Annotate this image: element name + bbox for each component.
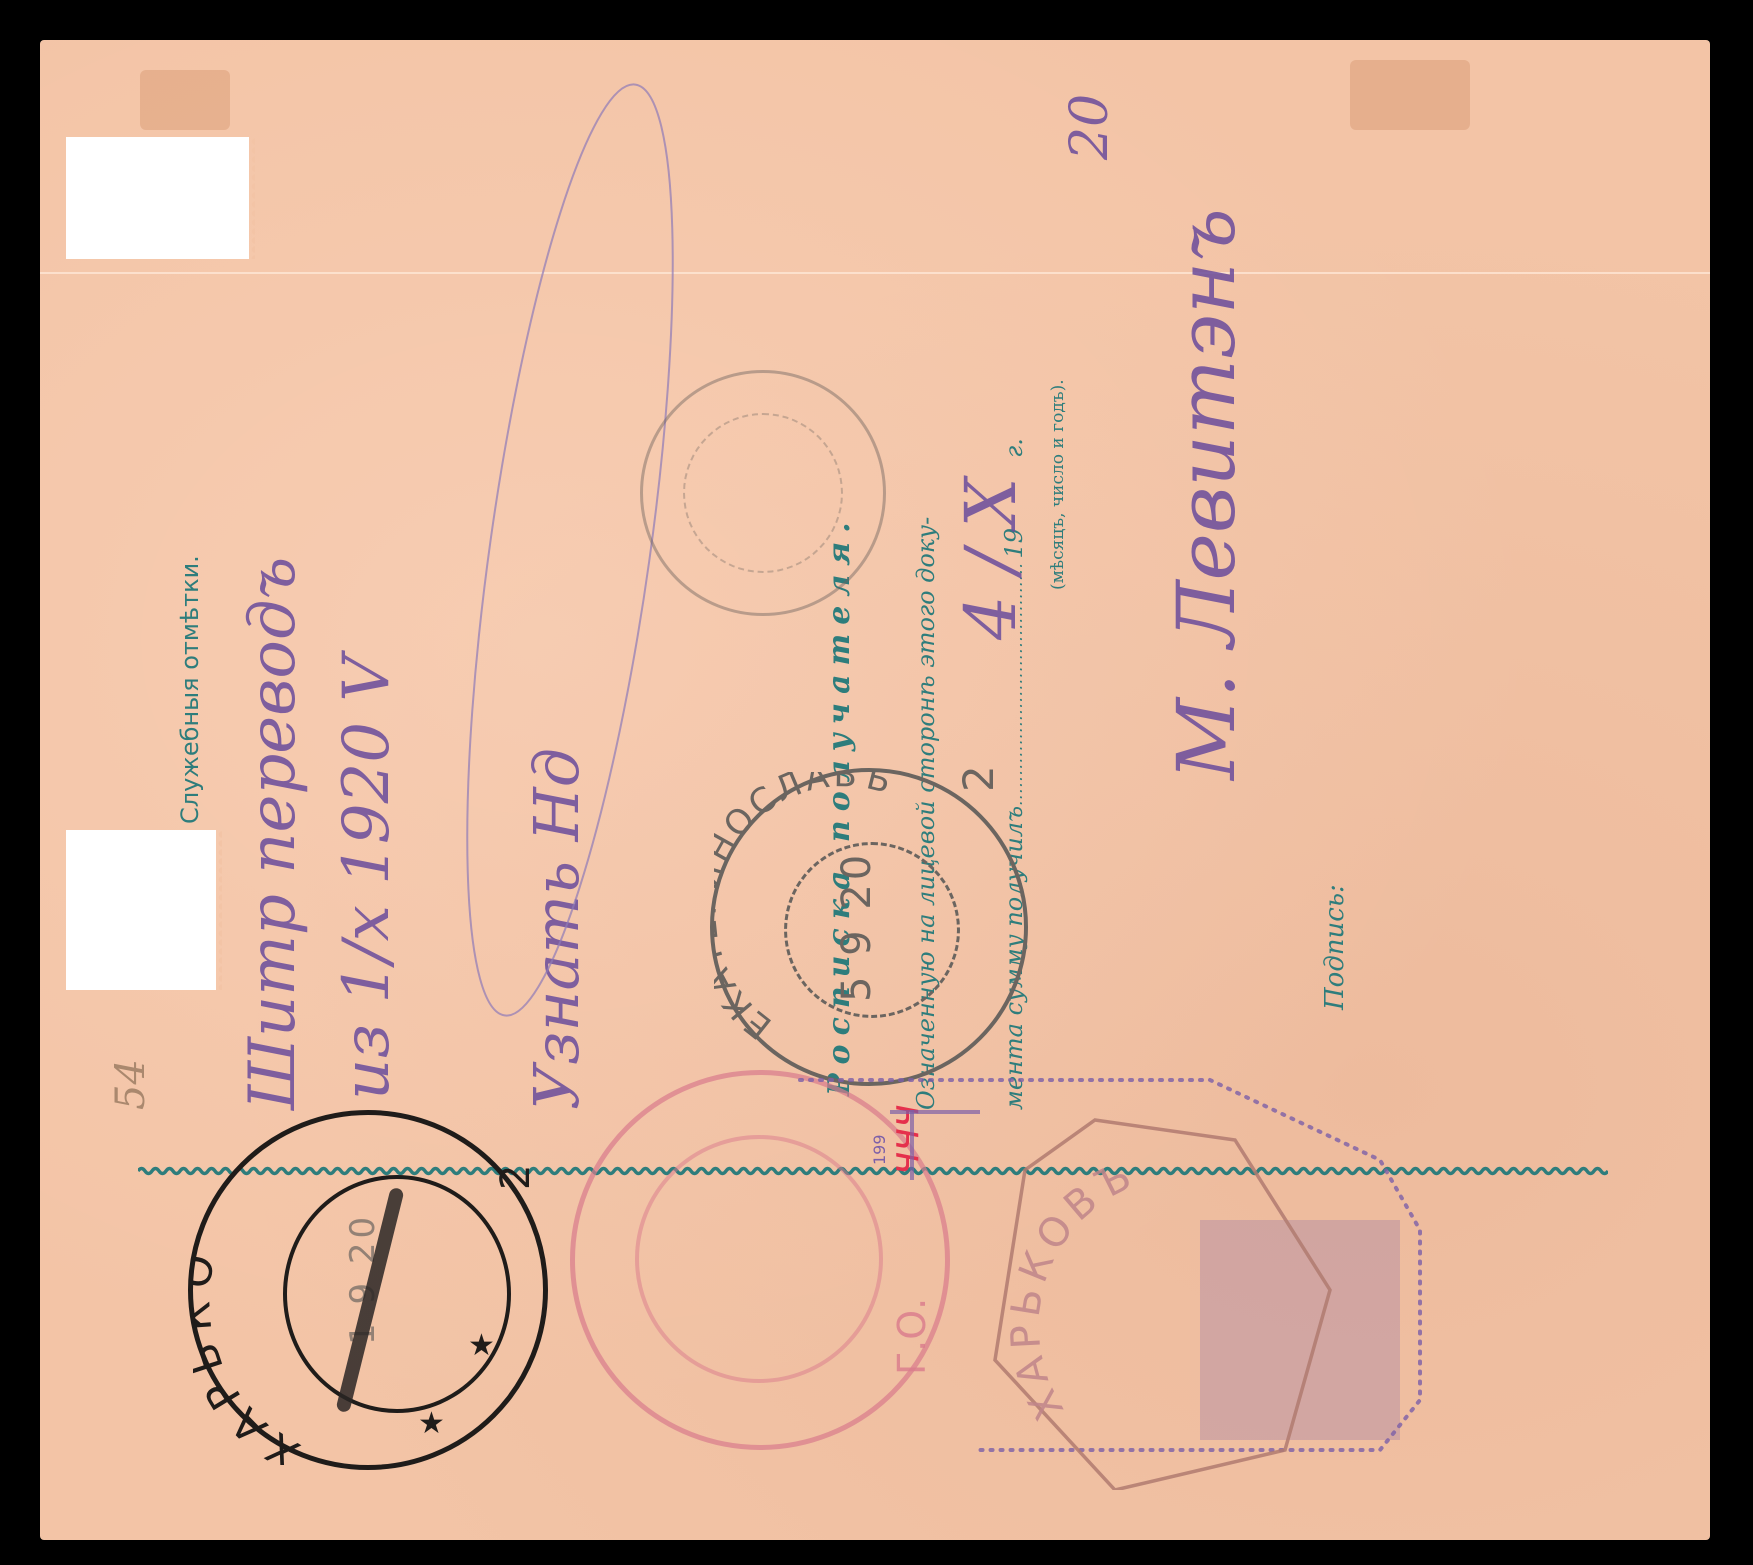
paper-stain xyxy=(1350,60,1470,130)
handwritten-date: 4 / Х xyxy=(950,478,1032,640)
paper-stain xyxy=(140,70,230,130)
year-suffix: г. xyxy=(1000,438,1028,458)
postmark-index: 2 xyxy=(954,765,1003,792)
date-hint: (мѣсяцъ, число и годъ). xyxy=(1048,379,1068,590)
ghost-postmark xyxy=(640,370,886,616)
svg-text:ХАРЬКОВЪ: ХАРЬКОВЪ xyxy=(193,1115,308,1465)
stamp-remnant-bottom xyxy=(66,830,216,990)
signature-label: Подпись: xyxy=(1320,884,1350,1010)
svg-text:ХАРЬКОВЪ: ХАРЬКОВЪ xyxy=(1002,1151,1143,1428)
handwritten-margin-number: 54 xyxy=(108,1059,154,1110)
svg-text:199: 199 xyxy=(870,1134,889,1165)
stamp-remnant-top xyxy=(66,137,249,259)
postmark-date: 5 9 20 xyxy=(834,851,880,1002)
ink-oval-mark xyxy=(440,50,680,1050)
service-marks-label: Служебныя отмѣтки. xyxy=(176,555,204,824)
handwritten-service-note-2: из 1/х 1920 V xyxy=(330,655,404,1100)
star-icon: ★ xyxy=(418,1406,445,1441)
kharkov-postmark: ХАРЬКОВЪ ★ ★ 1 9 20 2 xyxy=(188,1110,548,1470)
ekaterinoslav-postmark: ЕКАТЕРИНОСЛАВЪ 5 9 20 2 xyxy=(710,768,1028,1086)
hexagonal-cancel: ХАРЬКОВЪ xyxy=(975,1110,1355,1490)
paper-crease xyxy=(40,272,1710,274)
star-icon: ★ xyxy=(468,1328,495,1363)
postmark-index: 2 xyxy=(493,1165,539,1190)
handwritten-year: 20 xyxy=(1060,94,1120,160)
handwritten-service-note-1: Шитр переводъ xyxy=(236,557,310,1110)
handwritten-signature: М. Левитэнъ xyxy=(1160,208,1253,780)
